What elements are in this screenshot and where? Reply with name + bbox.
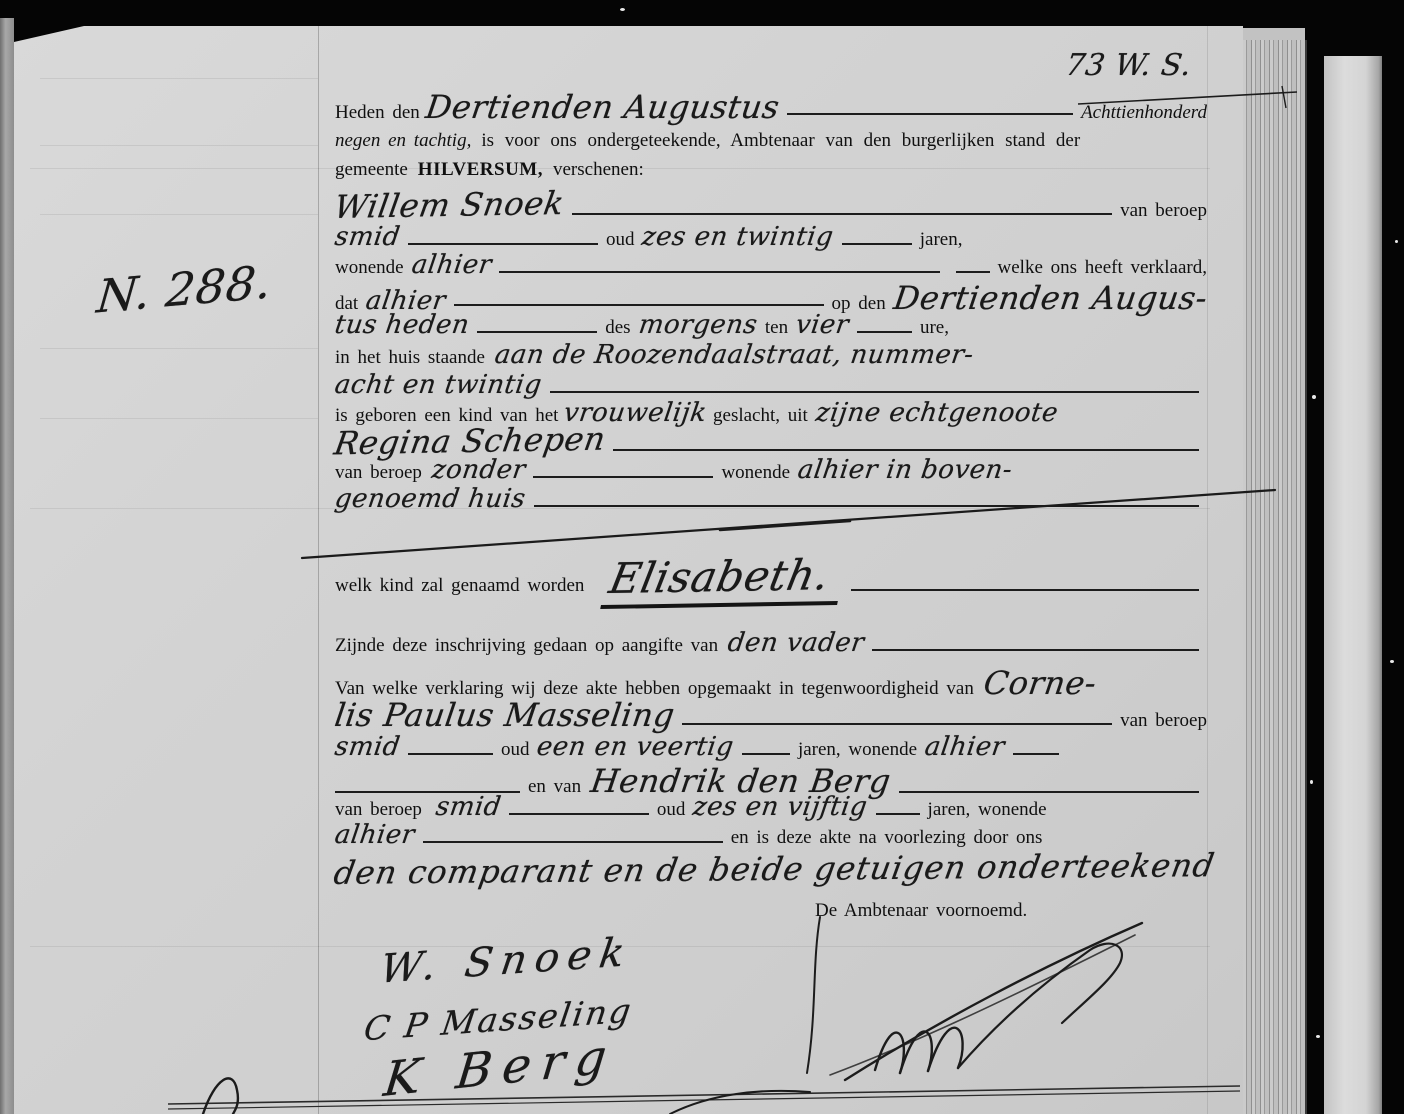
dust-speck — [1390, 660, 1394, 663]
fill-line — [742, 753, 790, 755]
form-line-address: in het huis staande aan de Roozendaalstr… — [335, 340, 1207, 370]
fill-line — [876, 813, 920, 815]
printed-text: in het huis staande — [335, 347, 485, 369]
fill-line — [872, 649, 1199, 651]
form-line-witness1-details: smid oud een en veertig jaren, wonende a… — [335, 732, 1207, 762]
printed-text: is voor ons ondergeteekende, Ambtenaar v… — [481, 130, 1080, 152]
printed-text: negen en tachtig, — [335, 130, 471, 152]
birth-date-cont: tus heden — [333, 310, 471, 340]
pencil-line — [40, 145, 318, 146]
pencil-line — [40, 348, 318, 349]
dust-speck — [1310, 780, 1313, 784]
declarant-residence: alhier — [409, 250, 493, 280]
form-line-childname: welk kind zal genaamd worden Elisabeth. — [335, 552, 1207, 598]
informant: den vader — [726, 628, 866, 658]
book-fore-edge — [1243, 40, 1307, 1114]
form-line-declarant: Willem Snoek van beroep — [335, 186, 1207, 222]
fill-line — [423, 841, 723, 843]
next-entry-stroke — [660, 1078, 820, 1114]
witness1-name: lis Paulus Masseling — [332, 696, 677, 734]
fill-line — [572, 213, 1113, 215]
right-margin-rule — [1207, 26, 1208, 1114]
form-line-date: Heden den Dertienden Augustus Achttienho… — [335, 88, 1207, 122]
form-line-mother: Regina Schepen — [335, 422, 1207, 458]
witness2-occupation: smid — [434, 792, 503, 822]
fill-line — [851, 589, 1199, 591]
fill-line — [613, 449, 1199, 451]
dust-speck — [1316, 1035, 1320, 1038]
witness1-age: een en veertig — [535, 732, 736, 762]
witness2-residence: alhier — [333, 820, 417, 850]
form-line-informant: Zijnde deze inschrijving gedaan op aangi… — [335, 628, 1207, 658]
fill-line — [550, 391, 1199, 393]
time-of-day: morgens — [636, 310, 759, 340]
form-line-signing-clause: den comparant en de beide getuigen onder… — [335, 850, 1207, 890]
printed-text: van beroep — [335, 799, 422, 821]
municipality-name: HILVERSUM, — [418, 159, 543, 181]
form-line-year: negen en tachtig, is voor ons ondergetee… — [335, 130, 1207, 152]
printed-text: jaren, — [920, 229, 963, 251]
form-line-occupation-age: smid oud zes en twintig jaren, — [335, 222, 1207, 252]
printed-text: Zijnde deze inschrijving gedaan op aangi… — [335, 635, 718, 657]
printed-text: van beroep — [1120, 710, 1207, 732]
corner-annotation: 73 W. S. — [1064, 48, 1194, 83]
fill-line — [499, 271, 939, 273]
printed-text: wonende — [335, 257, 404, 279]
printed-text: jaren, wonende — [798, 739, 917, 761]
fill-line — [408, 753, 493, 755]
printed-text: ten — [765, 317, 788, 339]
declarant-name: Willem Snoek — [332, 184, 567, 226]
printed-text: jaren, wonende — [928, 799, 1047, 821]
fill-line — [408, 243, 598, 245]
printed-text: Heden den — [335, 102, 420, 124]
printed-text: oud — [606, 229, 635, 251]
margin-rule — [318, 26, 319, 1114]
scanned-birth-certificate: N. 288. 73 W. S. Heden den Dertienden Au… — [0, 0, 1404, 1114]
signing-clause: den comparant en de beide getuigen onder… — [331, 846, 1218, 892]
birth-hour: vier — [794, 310, 851, 340]
printed-text: welke ons heeft verklaard, — [998, 257, 1207, 279]
fill-line — [477, 331, 597, 333]
printed-text: oud — [501, 739, 530, 761]
form-line-closing: alhier en is deze akte na voorlezing doo… — [335, 820, 1207, 850]
book-cover-edge — [1324, 56, 1382, 1114]
form-line-residence: wonende alhier welke ons heeft verklaard… — [335, 250, 1207, 280]
handwritten-day-month: Dertienden Augustus — [423, 88, 782, 126]
scan-left-page-edge — [0, 18, 14, 1114]
printed-text: gemeente — [335, 159, 408, 181]
printed-text: welk kind zal genaamd worden — [335, 575, 584, 597]
fill-line — [682, 723, 1112, 725]
child-name: Elisabeth. — [601, 550, 849, 609]
fill-line — [857, 331, 912, 333]
fill-line — [1013, 753, 1059, 755]
witness1-residence: alhier — [923, 732, 1007, 762]
dust-speck — [620, 8, 625, 11]
fill-line — [956, 271, 990, 273]
street-address: aan de Roozendaalstraat, nummer- — [493, 340, 976, 370]
next-entry-flourish — [175, 1060, 315, 1114]
fill-line — [842, 243, 912, 245]
dust-speck — [1312, 395, 1316, 399]
official-signature-flourish — [790, 905, 1180, 1095]
printed-text: en is deze akte na voorlezing door ons — [731, 827, 1043, 849]
pencil-line — [40, 418, 318, 419]
printed-text: verschenen: — [553, 159, 644, 181]
house-number: acht en twintig — [333, 370, 544, 400]
fill-line — [787, 113, 1073, 115]
printed-text: van beroep — [1120, 200, 1207, 222]
fill-line — [454, 304, 824, 306]
declarant-age: zes en twintig — [640, 222, 835, 252]
form-line-housenumber: acht en twintig — [335, 370, 1207, 400]
printed-text: Achttienhonderd — [1081, 102, 1207, 124]
witness1-occupation: smid — [333, 732, 402, 762]
printed-text: ure, — [920, 317, 949, 339]
printed-text: oud — [657, 799, 686, 821]
witness2-age: zes en vijftig — [691, 792, 869, 822]
form-line-birthplace: dat alhier op den Dertienden Augus- — [335, 279, 1207, 313]
printed-text: des — [605, 317, 630, 339]
fill-line — [509, 813, 649, 815]
form-line-witness2-details: van beroep smid oud zes en vijftig jaren… — [335, 792, 1207, 822]
pencil-line — [40, 214, 318, 215]
form-line-municipality: gemeente HILVERSUM, verschenen: — [335, 159, 1207, 181]
dust-speck — [1395, 240, 1398, 243]
pencil-line — [40, 78, 318, 79]
declarant-occupation: smid — [333, 222, 402, 252]
form-line-birthtime: tus heden des morgens ten vier ure, — [335, 310, 1207, 340]
form-line-witness1: lis Paulus Masseling van beroep — [335, 696, 1207, 732]
